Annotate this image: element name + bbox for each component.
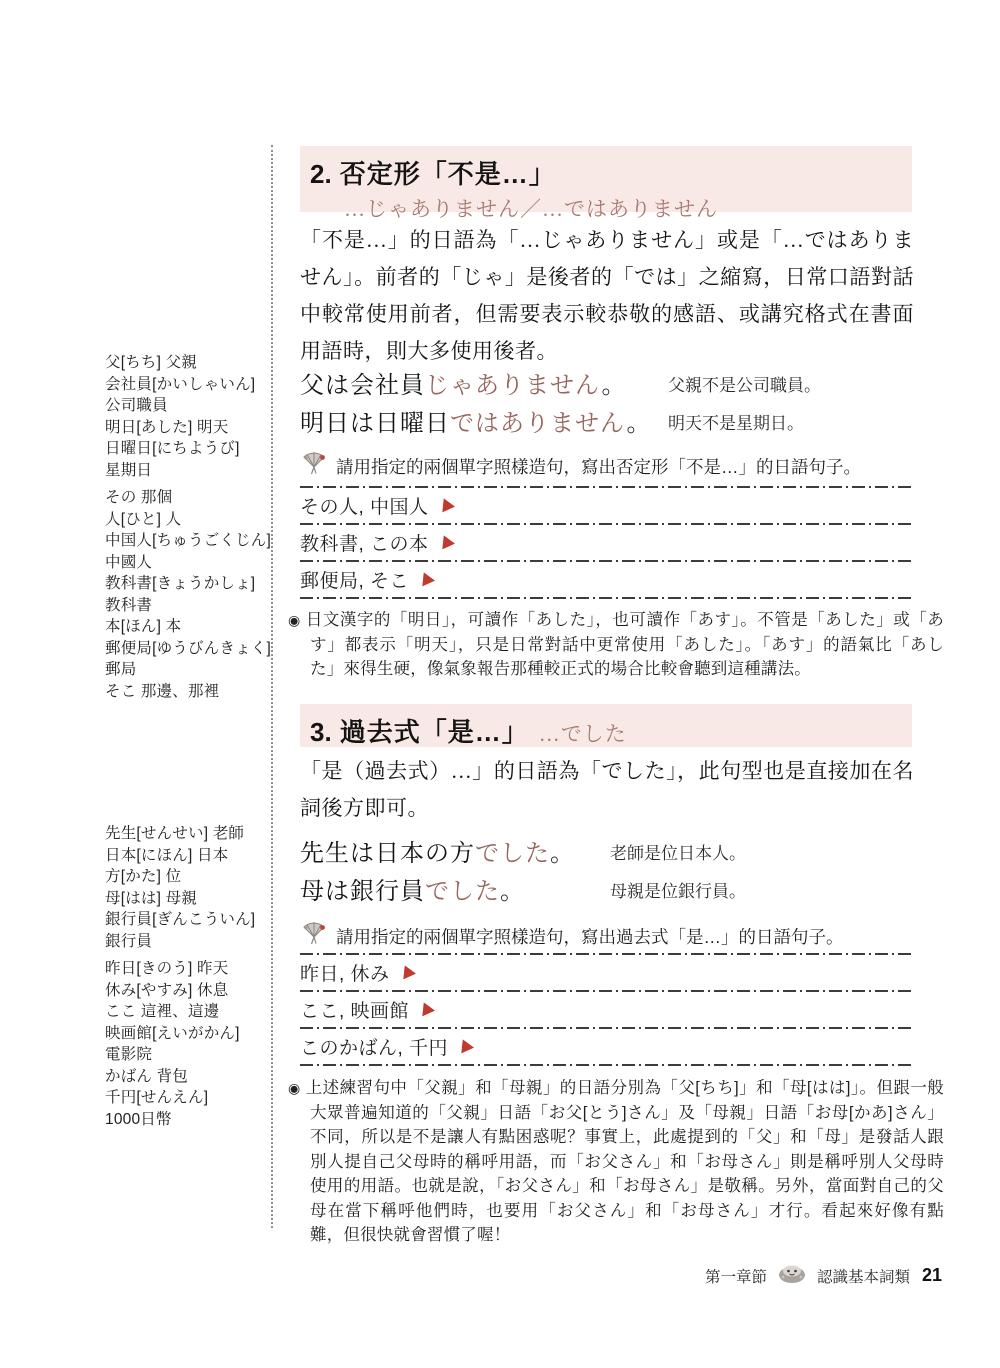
example-translation: 父親不是公司職員。 (668, 371, 821, 396)
example-jp: 父は会社員じゃありません。 (300, 365, 626, 400)
vocab-line: 電影院 (105, 1044, 275, 1066)
section2-body: 「不是…」的日語為「…じゃありません」或是「…ではありません」。前者的「じゃ」是… (300, 222, 914, 370)
vocab-line: かばん 背包 (105, 1066, 275, 1088)
dashed-separator (300, 597, 914, 599)
section2-exercise-table: その人, 中国人 教科書, この本 郵便局, そこ (300, 486, 914, 599)
vocab-line: 中国人[ちゅうごくじん] (105, 530, 275, 552)
vocab-line: 映画館[えいがかん] (105, 1023, 275, 1045)
section3-header-band: 3. 過去式「是…」 …でした (300, 704, 912, 747)
section3-subtitle: …でした (539, 718, 627, 748)
instruction-text: 請用指定的兩個單字照樣造句，寫出否定形「不是…」的日語句子。 (336, 454, 861, 479)
section3-number: 3. (310, 717, 332, 748)
jp-period: 。 (550, 841, 575, 867)
example-sentence: 母は銀行員でした。 母親是位銀行員。 (300, 872, 914, 910)
jp-accent: じゃありません (425, 373, 601, 399)
vocab-list-past-exercise: 昨日[きのう] 昨天 休み[やすみ] 休息 ここ 這裡、這邊 映画館[えいがかん… (105, 958, 275, 1130)
example-jp: 先生は日本の方でした。 (300, 833, 575, 868)
answer-arrow-icon (442, 498, 455, 513)
vocab-line: 休み[やすみ] 休息 (105, 980, 275, 1002)
vocab-line: 先生[せんせい] 老師 (105, 823, 275, 845)
vocab-line: 会社員[かいしゃいん] (105, 374, 275, 396)
vocab-line: 郵局 (105, 659, 275, 681)
vocab-line: 郵便局[ゆうびんきょく] (105, 638, 275, 660)
exercise-row: ここ, 映画館 (300, 992, 914, 1027)
note-bullet-icon: ◉ (288, 612, 301, 628)
vocab-line: 星期日 (105, 460, 275, 482)
jp-period: 。 (601, 373, 626, 399)
section3-title: 過去式「是…」 (340, 712, 529, 749)
fan-icon (300, 921, 328, 952)
vocab-line: 昨日[きのう] 昨天 (105, 958, 275, 980)
textbook-page: 父[ちち] 父親 会社員[かいしゃいん] 公司職員 明日[あした] 明天 日曜日… (0, 0, 1000, 1368)
example-translation: 母親是位銀行員。 (610, 877, 746, 902)
section2-header-band: 2. 否定形「不是…」 …じゃありません／…ではありません (300, 146, 912, 212)
vocab-line: そこ 那邊、那裡 (105, 681, 275, 703)
vocab-line: 公司職員 (105, 395, 275, 417)
fan-icon (300, 451, 328, 482)
note-text: 日文漢字的「明日」，可讀作「あした」，也可讀作「あす」。不管是「あした」或「あす… (306, 611, 944, 678)
jp-accent: ではありません (450, 411, 626, 437)
instruction-text: 請用指定的兩個單字照樣造句，寫出過去式「是…」的日語句子。 (336, 924, 844, 949)
section2-note: ◉ 日文漢字的「明日」，可讀作「あした」，也可讀作「あす」。不管是「あした」或「… (288, 608, 944, 682)
example-sentence: 父は会社員じゃありません。 父親不是公司職員。 (300, 366, 914, 404)
vocab-line: 銀行員[ぎんこういん] (105, 909, 275, 931)
dashed-separator (300, 1064, 914, 1066)
vocab-line: 人[ひと] 人 (105, 509, 275, 531)
vocab-list-negative-examples: 父[ちち] 父親 会社員[かいしゃいん] 公司職員 明日[あした] 明天 日曜日… (105, 352, 275, 481)
exercise-words: その人, 中国人 (300, 492, 429, 519)
jp-accent: でした (425, 879, 500, 905)
jp-accent: でした (475, 841, 550, 867)
section3-exercise-instruction: 請用指定的兩個單字照樣造句，寫出過去式「是…」的日語句子。 (300, 921, 914, 952)
section2-number: 2. (310, 159, 332, 190)
note-bullet-icon: ◉ (288, 1080, 301, 1096)
exercise-row: 昨日, 休み (300, 955, 914, 990)
answer-arrow-icon (461, 1039, 474, 1054)
jp-period: 。 (500, 879, 525, 905)
vocab-line: 日本[にほん] 日本 (105, 845, 275, 867)
example-jp: 母は銀行員でした。 (300, 871, 525, 906)
exercise-row: このかばん, 千円 (300, 1029, 914, 1064)
vocab-line: 千円[せんえん] (105, 1087, 275, 1109)
section3-exercise-table: 昨日, 休み ここ, 映画館 このかばん, 千円 (300, 953, 914, 1066)
note-text: 上述練習句中「父親」和「母親」的日語分別為「父[ちち]」和「母[はは]」。但跟一… (306, 1079, 944, 1244)
vocab-list-past-examples: 先生[せんせい] 老師 日本[にほん] 日本 方[かた] 位 母[はは] 母親 … (105, 823, 275, 952)
section3-body: 「是（過去式）…」的日語為「でした」，此句型也是直接加在名詞後方即可。 (300, 753, 914, 827)
vocab-list-negative-exercise: その 那個 人[ひと] 人 中国人[ちゅうごくじん] 中國人 教科書[きょうかし… (105, 487, 275, 702)
section2-title: 否定形「不是…」 (340, 154, 556, 191)
exercise-row: 教科書, この本 (300, 525, 914, 560)
example-sentence: 先生は日本の方でした。 老師是位日本人。 (300, 834, 914, 872)
exercise-row: その人, 中国人 (300, 488, 914, 523)
vocab-line: 教科書 (105, 595, 275, 617)
jp-period: 。 (626, 411, 651, 437)
vocab-line: ここ 這裡、這邊 (105, 1001, 275, 1023)
footer-section-title: 認識基本詞類 (817, 1265, 910, 1287)
vocab-line: 銀行員 (105, 931, 275, 953)
footer-page-number: 21 (922, 1265, 942, 1286)
answer-arrow-icon (442, 535, 455, 550)
answer-arrow-icon (422, 1002, 435, 1017)
exercise-words: 郵便局, そこ (300, 566, 409, 593)
example-translation: 老師是位日本人。 (610, 839, 746, 864)
example-jp: 明日は日曜日ではありません。 (300, 403, 651, 438)
vocab-line: 中國人 (105, 552, 275, 574)
vocab-line: 父[ちち] 父親 (105, 352, 275, 374)
answer-arrow-icon (403, 965, 416, 980)
vocab-line: 日曜日[にちようび] (105, 438, 275, 460)
jp-plain: 先生は日本の方 (300, 841, 475, 867)
vocab-line: 明日[あした] 明天 (105, 417, 275, 439)
vocab-line: 本[ほん] 本 (105, 616, 275, 638)
example-sentence: 明日は日曜日ではありません。 明天不是星期日。 (300, 404, 914, 442)
mascot-icon (777, 1262, 807, 1289)
jp-plain: 父は会社員 (300, 373, 425, 399)
exercise-words: 教科書, この本 (300, 529, 429, 556)
jp-plain: 母は銀行員 (300, 879, 425, 905)
vocab-line: 教科書[きょうかしょ] (105, 573, 275, 595)
answer-arrow-icon (422, 572, 435, 587)
exercise-words: 昨日, 休み (300, 959, 390, 986)
exercise-words: このかばん, 千円 (300, 1033, 448, 1060)
exercise-words: ここ, 映画館 (300, 996, 409, 1023)
footer-chapter: 第一章節 (705, 1265, 767, 1287)
vocab-line: その 那個 (105, 487, 275, 509)
vocab-line: 1000日幣 (105, 1109, 275, 1131)
example-translation: 明天不是星期日。 (668, 409, 804, 434)
vocab-line: 方[かた] 位 (105, 866, 275, 888)
exercise-row: 郵便局, そこ (300, 562, 914, 597)
section2-exercise-instruction: 請用指定的兩個單字照樣造句，寫出否定形「不是…」的日語句子。 (300, 451, 914, 482)
vocab-line: 母[はは] 母親 (105, 888, 275, 910)
page-footer: 第一章節 認識基本詞類 21 (705, 1262, 942, 1289)
section3-note: ◉ 上述練習句中「父親」和「母親」的日語分別為「父[ちち]」和「母[はは]」。但… (288, 1076, 944, 1248)
jp-plain: 明日は日曜日 (300, 411, 450, 437)
